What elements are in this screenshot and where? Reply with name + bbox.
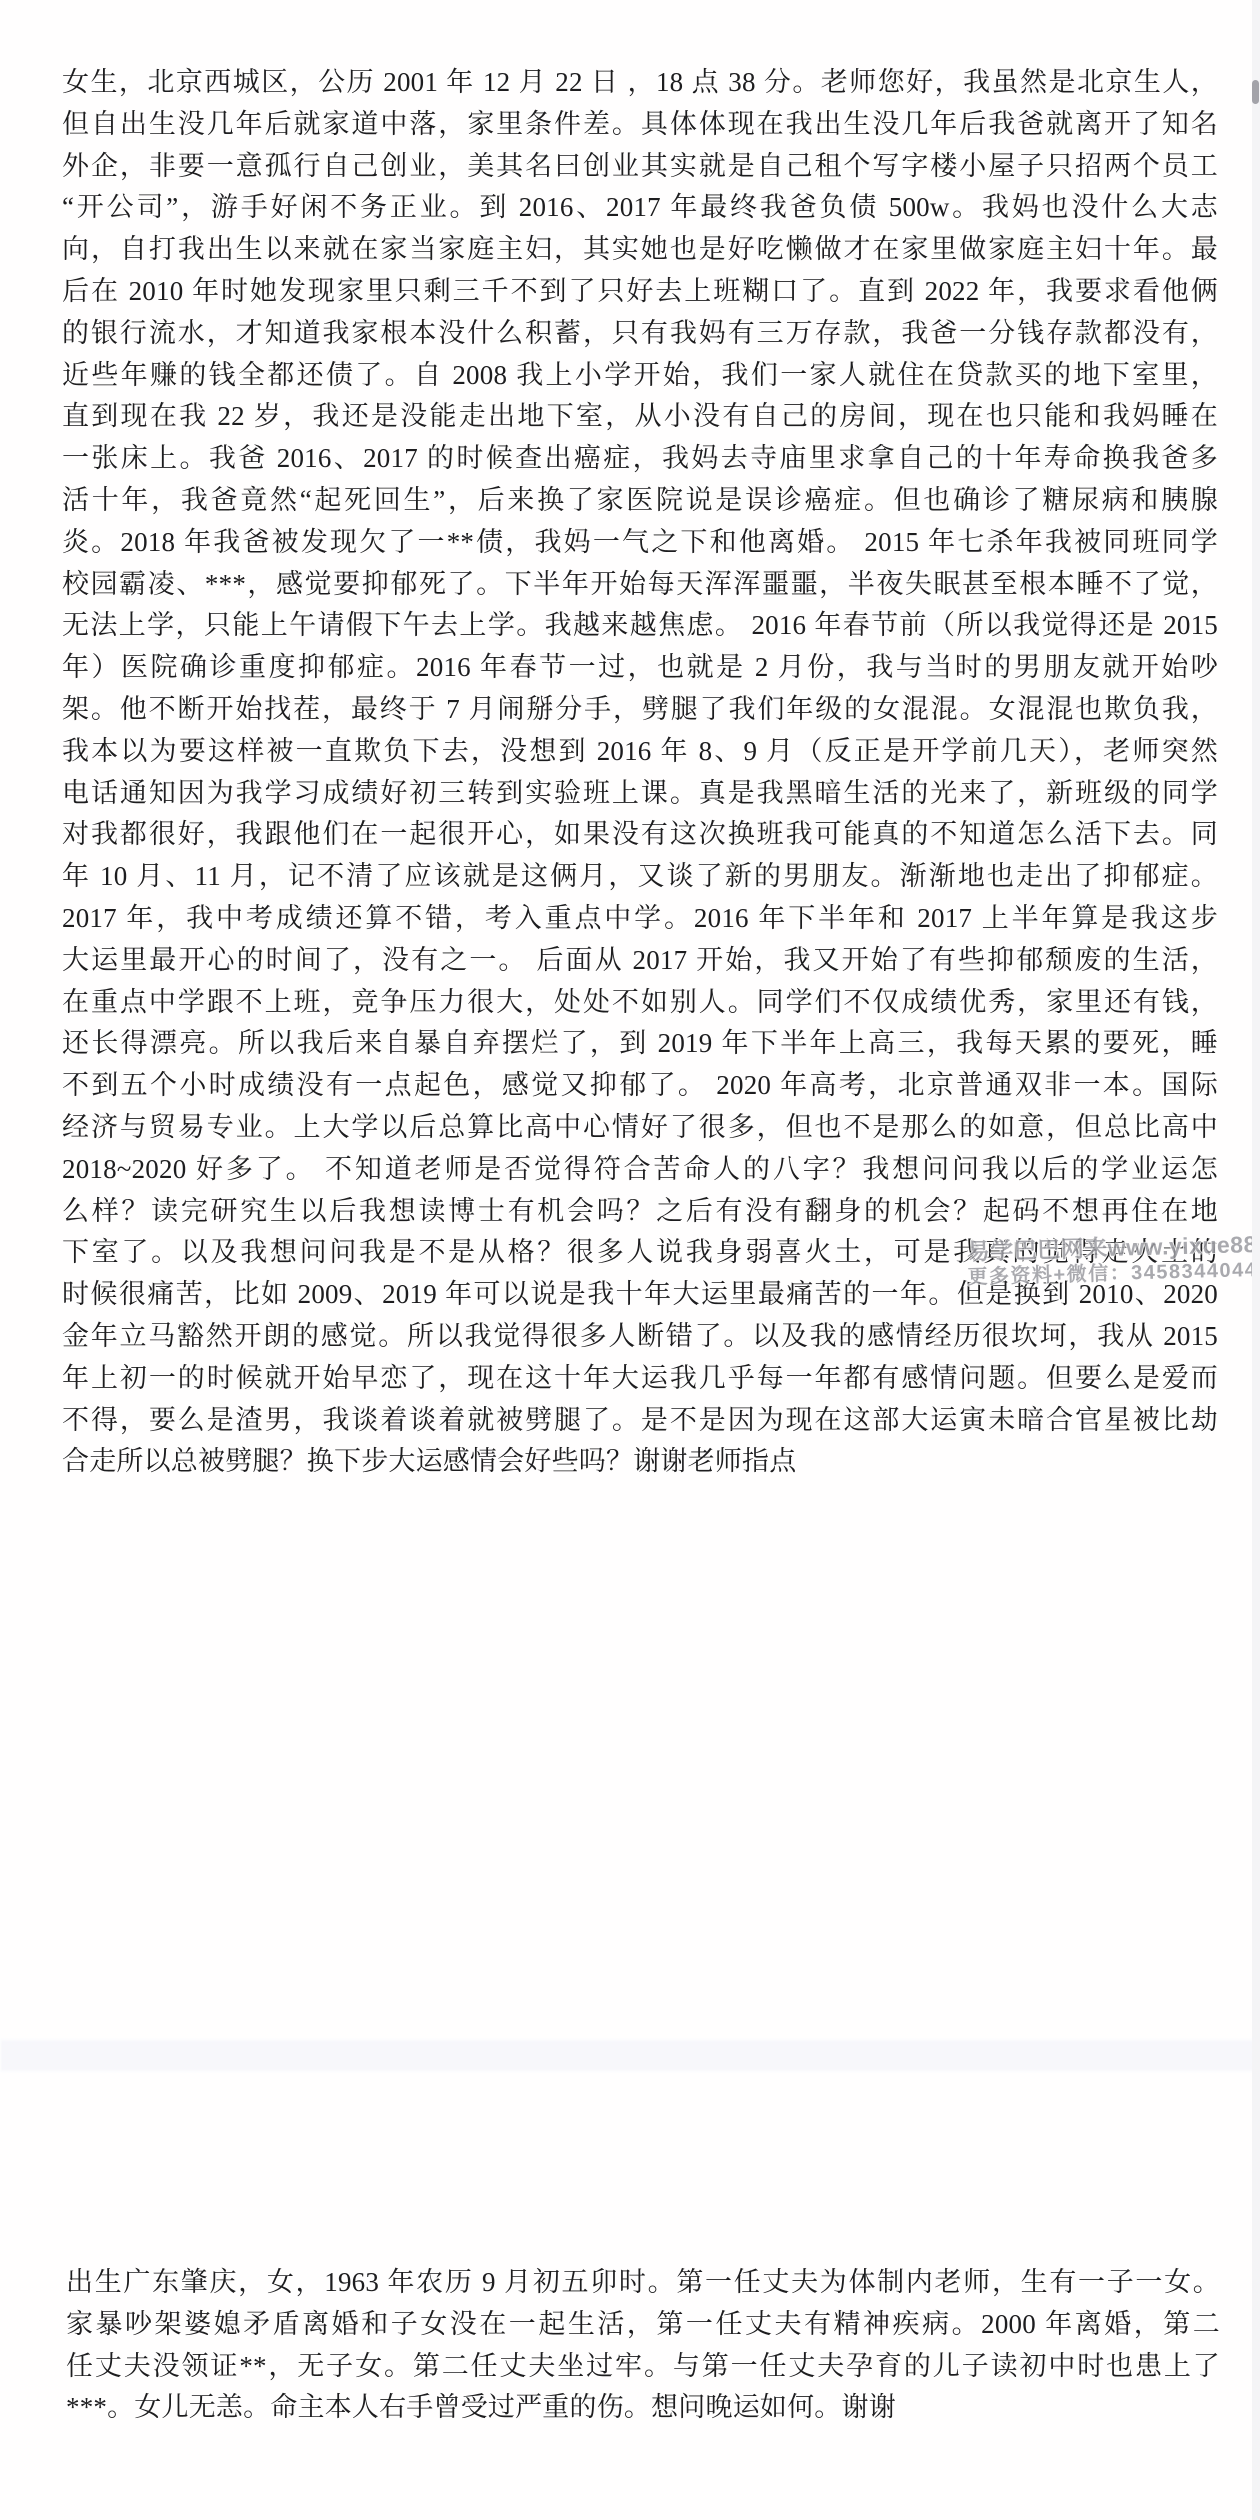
text-line: 校园霸凌、***，感觉要抑郁死了。下半年开始每天浑浑噩噩，半夜失眠甚至根本睡不了… — [62, 564, 1218, 606]
watermark: 易学巴巴网来www.yixue88.cn 更多资料+微信：3458344044 — [966, 1231, 1257, 1290]
text-line: 的银行流水，才知道我家根本没什么积蓄，只有我妈有三万存款，我爸一分钱存款都没有， — [62, 313, 1218, 355]
text-line: 一张床上。我爸 2016、2017 的时候查出癌症，我妈去寺庙里求拿自己的十年寿… — [62, 438, 1218, 480]
text-line: 年）医院确诊重度抑郁症。2016 年春节一过，也就是 2 月份，我与当时的男朋友… — [62, 647, 1218, 689]
text-line: 后在 2010 年时她发现家里只剩三千不到了只好去上班糊口了。直到 2022 年… — [62, 271, 1218, 313]
text-line: 但自出生没几年后就家道中落，家里条件差。具体体现在我出生没几年后我爸就离开了知名 — [62, 104, 1218, 146]
text-line: 经济与贸易专业。上大学以后总算比高中心情好了很多，但也不是那么的如意，但总比高中 — [62, 1107, 1218, 1149]
text-line: 还长得漂亮。所以我后来自暴自弃摆烂了，到 2019 年下半年上高三，我每天累的要… — [62, 1023, 1218, 1065]
text-line: 年 10 月、11 月，记不清了应该就是这俩月，又谈了新的男朋友。渐渐地也走出了… — [62, 856, 1218, 898]
bottom-paragraph: 出生广东肇庆，女，1963 年农历 9 月初五卯时。第一任丈夫为体制内老师，生有… — [66, 2262, 1220, 2429]
page-break-band — [0, 2038, 1260, 2073]
text-line: 架。他不断开始找茬，最终于 7 月闹掰分手，劈腿了我们年级的女混混。女混混也欺负… — [62, 689, 1218, 731]
text-line: 年上初一的时候就开始早恋了，现在这十年大运我几乎每一年都有感情问题。但要么是爱而 — [62, 1358, 1218, 1400]
text-line: 在重点中学跟不上班，竞争压力很大，处处不如别人。同学们不仅成绩优秀，家里还有钱， — [62, 982, 1218, 1024]
scrollbar-track[interactable] — [1252, 0, 1260, 2520]
text-line: 女生，北京西城区，公历 2001 年 12 月 22 日 ，18 点 38 分。… — [62, 62, 1218, 104]
text-line: 对我都很好，我跟他们在一起很开心，如果没有这次换班我可能真的不知道怎么活下去。同 — [62, 814, 1218, 856]
text-line: 2018~2020 好多了。 不知道老师是否觉得符合苦命人的八字？我想问问我以后… — [62, 1149, 1218, 1191]
text-line: “开公司”，游手好闲不务正业。到 2016、2017 年最终我爸负债 500w。… — [62, 187, 1218, 229]
text-line: 外企，非要一意孤行自己创业，美其名曰创业其实就是自己租个写字楼小屋子只招两个员工 — [62, 146, 1218, 188]
text-line: 无法上学，只能上午请假下午去上学。我越来越焦虑。 2016 年春节前（所以我觉得… — [62, 605, 1218, 647]
text-line: 我本以为要这样被一直欺负下去，没想到 2016 年 8、9 月（反正是开学前几天… — [62, 731, 1218, 773]
text-line: 活十年，我爸竟然“起死回生”，后来换了家医院说是误诊癌症。但也确诊了糖尿病和胰腺 — [62, 480, 1218, 522]
text-line: 金年立马豁然开朗的感觉。所以我觉得很多人断错了。以及我的感情经历很坎坷，我从 2… — [62, 1316, 1218, 1358]
document-page: 女生，北京西城区，公历 2001 年 12 月 22 日 ，18 点 38 分。… — [0, 0, 1260, 2520]
text-line: 家暴吵架婆媳矛盾离婚和子女没在一起生活，第一任丈夫有精神疾病。2000 年离婚，… — [66, 2304, 1220, 2346]
text-line: 合走所以总被劈腿？换下步大运感情会好些吗？谢谢老师指点 — [62, 1441, 1218, 1483]
scrollbar-thumb[interactable] — [1252, 80, 1259, 104]
text-line: 电话通知因为我学习成绩好初三转到实验班上课。真是我黑暗生活的光来了，新班级的同学 — [62, 773, 1218, 815]
text-line: 任丈夫没领证**，无子女。第二任丈夫坐过牢。与第一任丈夫孕育的儿子读初中时也患上… — [66, 2346, 1220, 2388]
text-line: 炎。2018 年我爸被发现欠了一**债，我妈一气之下和他离婚。 2015 年七杀… — [62, 522, 1218, 564]
text-line: 不到五个小时成绩没有一点起色，感觉又抑郁了。 2020 年高考，北京普通双非一本… — [62, 1065, 1218, 1107]
text-line: 不得，要么是渣男，我谈着谈着就被劈腿了。是不是因为现在这部大运寅未暗合官星被比劫 — [62, 1400, 1218, 1442]
text-line: 向，自打我出生以来就在家当家庭主妇，其实她也是好吃懒做才在家里做家庭主妇十年。最 — [62, 229, 1218, 271]
text-line: 大运里最开心的时间了，没有之一。 后面从 2017 开始，我又开始了有些抑郁颓废… — [62, 940, 1218, 982]
text-line: 直到现在我 22 岁，我还是没能走出地下室，从小没有自己的房间，现在也只能和我妈… — [62, 396, 1218, 438]
text-line: ***。女儿无恙。命主本人右手曾受过严重的伤。想问晚运如何。谢谢 — [66, 2387, 1220, 2429]
text-line: 么样？读完研究生以后我想读博士有机会吗？之后有没有翻身的机会？起码不想再住在地 — [62, 1191, 1218, 1233]
text-line: 2017 年，我中考成绩还算不错，考入重点中学。2016 年下半年和 2017 … — [62, 898, 1218, 940]
text-line: 近些年赚的钱全都还债了。自 2008 我上小学开始，我们一家人就住在贷款买的地下… — [62, 355, 1218, 397]
text-line: 出生广东肇庆，女，1963 年农历 9 月初五卯时。第一任丈夫为体制内老师，生有… — [66, 2262, 1220, 2304]
